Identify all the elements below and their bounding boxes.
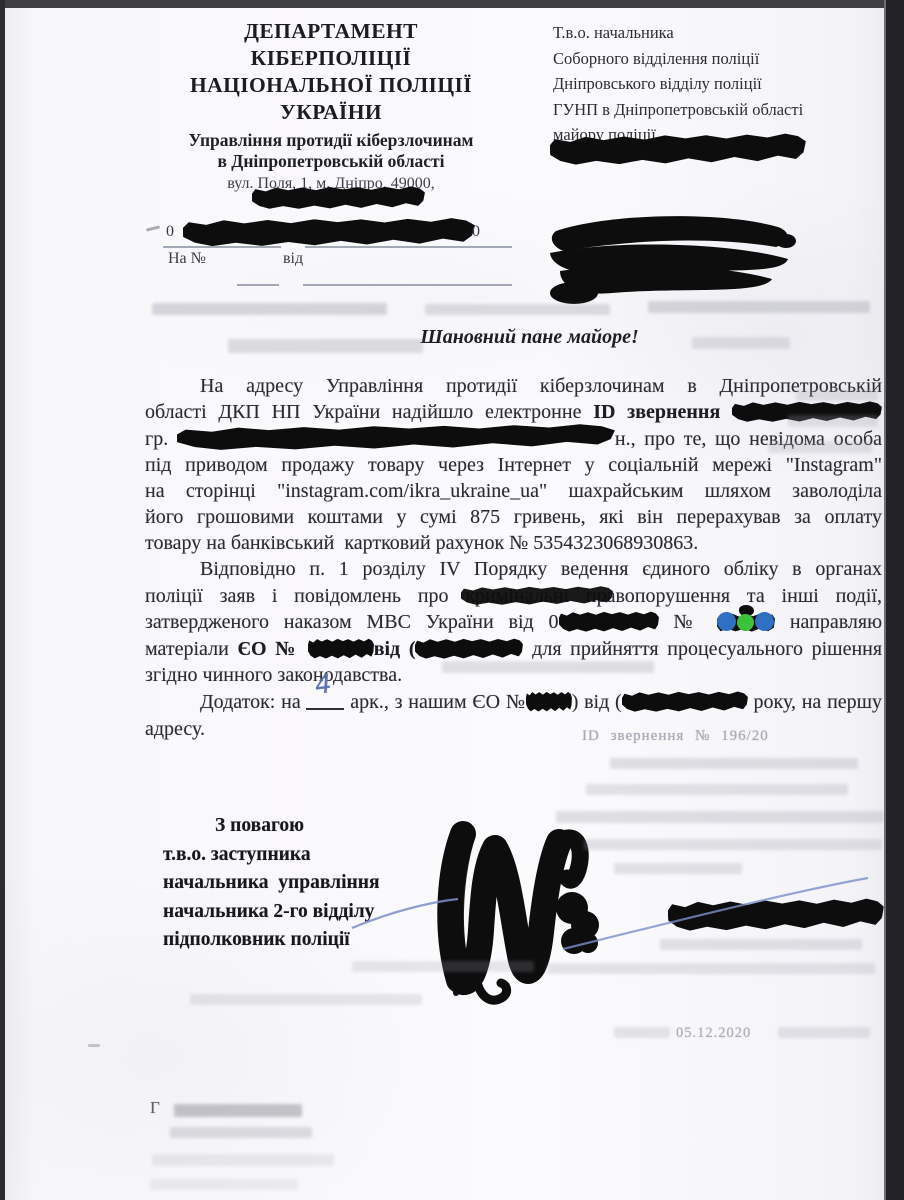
scanner-edge-right (884, 0, 904, 1200)
bleedthrough-artifact (768, 441, 872, 453)
body-text: затвердженого наказом МВС України від 0 (145, 611, 559, 633)
body-text: № (673, 611, 702, 633)
body-line: під приводом продажу товару через Інтерн… (145, 452, 882, 478)
recipient-line: ГУНП в Дніпропетровській області (553, 97, 883, 123)
reference-left-digit: 0 (166, 223, 174, 241)
bleedthrough-artifact (796, 389, 878, 401)
redaction-dots (717, 610, 775, 634)
redaction-bar (622, 690, 748, 712)
sender-org-line: ДЕПАРТАМЕНТ (155, 18, 507, 45)
blue-dot (717, 612, 736, 631)
body-line: товару на банківський картковий рахунок … (145, 530, 882, 556)
body-text: гр. (145, 428, 168, 450)
bleedthrough-text: ID звернення № 196/20 (582, 728, 769, 745)
handwritten-number-field: 4 (306, 688, 344, 710)
bleedthrough-artifact (614, 1027, 670, 1038)
body-text: На адресу Управління протидії кіберзлочи… (200, 375, 882, 397)
form-line (237, 284, 279, 286)
redaction-bar (668, 897, 885, 933)
paragraph-1: На адресу Управління протидії кіберзлочи… (145, 373, 882, 556)
bleedthrough-artifact (648, 301, 870, 313)
bleedthrough-text: 05.12.2020 (676, 1025, 751, 1042)
body-line: на сторінці "instagram.com/ikra_ukraine_… (145, 478, 882, 504)
body-line: його грошовими коштами у сумі 875 гривен… (145, 504, 882, 530)
blue-dot (755, 612, 774, 631)
body-text: року, на першу (754, 691, 883, 713)
body-text: області ДКП НП України надійшло електрон… (145, 401, 581, 423)
body-text: направляю (790, 611, 882, 633)
bleedthrough-artifact (660, 939, 862, 950)
body-line: Додаток: на 4 арк., з нашим ЄО №) від ( … (145, 688, 882, 716)
body-line: поліції заяв і повідомлень про криміналь… (145, 583, 882, 610)
body-line: На адресу Управління протидії кіберзлочи… (145, 373, 882, 399)
form-line (163, 246, 281, 248)
sender-block: ДЕПАРТАМЕНТ КІБЕРПОЛІЦІЇ НАЦІОНАЛЬНОЇ ПО… (155, 18, 507, 194)
bleedthrough-artifact (352, 961, 534, 972)
body-text: Відповідно п. 1 розділу IV Порядку веден… (200, 558, 882, 580)
sender-unit-line: в Дніпропетровській області (155, 151, 507, 172)
reference-right-digit: 0 (472, 223, 480, 241)
sender-org-line: УКРАЇНИ (155, 99, 507, 126)
bleedthrough-artifact (150, 1179, 298, 1190)
bleedthrough-artifact (425, 304, 610, 315)
redaction-blob (540, 203, 802, 308)
body-text-bold: ID звернення (593, 401, 720, 423)
bleedthrough-artifact (778, 1027, 870, 1038)
bleedthrough-artifact (788, 415, 878, 427)
bleedthrough-artifact (152, 303, 387, 315)
bleedthrough-artifact (614, 863, 742, 874)
erased-executor-line (170, 1127, 312, 1138)
bleedthrough-artifact (152, 1154, 334, 1166)
body-text: арк., з нашим ЄО № (350, 691, 525, 713)
redaction-bar (526, 691, 572, 712)
body-line: затвердженого наказом МВС України від 0 … (145, 609, 882, 636)
erased-executor-text: Г (150, 1098, 161, 1118)
body-text: під приводом продажу товару через Інтерн… (145, 454, 882, 476)
scanned-letter-page: ДЕПАРТАМЕНТ КІБЕРПОЛІЦІЇ НАЦІОНАЛЬНОЇ ПО… (0, 0, 904, 1200)
bleedthrough-artifact (586, 784, 848, 795)
redaction-bar (183, 216, 475, 247)
body-text: товару на банківський картковий рахунок … (145, 532, 698, 554)
vid-label: від (283, 250, 303, 268)
bleedthrough-artifact (190, 994, 422, 1005)
scanner-edge-top (0, 0, 904, 8)
recipient-line: Соборного відділення поліції (553, 46, 883, 72)
body-text: згідно чинного законодавства. (145, 664, 402, 686)
bleedthrough-artifact (228, 339, 423, 353)
body-text-bold: від ( (374, 638, 416, 660)
body-line: Відповідно п. 1 розділу IV Порядку веден… (145, 556, 882, 583)
body-line: матеріали ЄО № від ( для прийняття проце… (145, 636, 882, 663)
pen-tick (88, 1044, 100, 1047)
redaction-bar (177, 423, 615, 452)
body-text: на сторінці "instagram.com/ikra_ukraine_… (145, 480, 882, 502)
body-line: області ДКП НП України надійшло електрон… (145, 399, 882, 425)
sender-org-line: КІБЕРПОЛІЦІЇ (155, 45, 507, 72)
sender-unit-line: Управління протидії кіберзлочинам (155, 130, 507, 151)
form-line (303, 284, 512, 286)
form-line (305, 246, 512, 248)
bleedthrough-artifact (692, 337, 790, 349)
scanner-edge-left (0, 0, 5, 1200)
redaction-bar (308, 637, 374, 659)
body-text: його грошовими коштами у сумі 875 гривен… (145, 506, 882, 528)
body-text-bold: ЄО № (237, 638, 299, 660)
redaction-bar (558, 611, 658, 633)
body-text: Додаток: на (200, 691, 301, 713)
bleedthrough-artifact (584, 839, 882, 850)
attachment-paragraph: Додаток: на 4 арк., з нашим ЄО №) від ( … (145, 688, 882, 742)
body-text: адресу. (145, 718, 205, 740)
redaction-bar (415, 637, 523, 659)
green-dot (737, 614, 754, 631)
body-text: ) від ( (572, 691, 622, 713)
sender-org-line: НАЦІОНАЛЬНОЇ ПОЛІЦІЇ (155, 72, 507, 99)
body-line: адресу. (145, 716, 882, 743)
na-no-label: На № (168, 250, 206, 268)
bleedthrough-artifact (610, 758, 858, 769)
bleedthrough-artifact (547, 963, 875, 974)
recipient-line: Т.в.о. начальника (553, 20, 883, 46)
erased-executor-line (174, 1104, 302, 1117)
body-text: для прийняття процесуального рішення (532, 638, 882, 660)
body-text: матеріали (145, 638, 229, 660)
bleedthrough-artifact (556, 811, 884, 823)
bleedthrough-artifact (442, 661, 654, 673)
recipient-line: Дніпровського відділу поліції (553, 71, 883, 97)
recipient-block: Т.в.о. начальника Соборного відділення п… (553, 20, 883, 148)
handwritten-number: 4 (314, 671, 334, 699)
pen-tick (146, 225, 160, 231)
